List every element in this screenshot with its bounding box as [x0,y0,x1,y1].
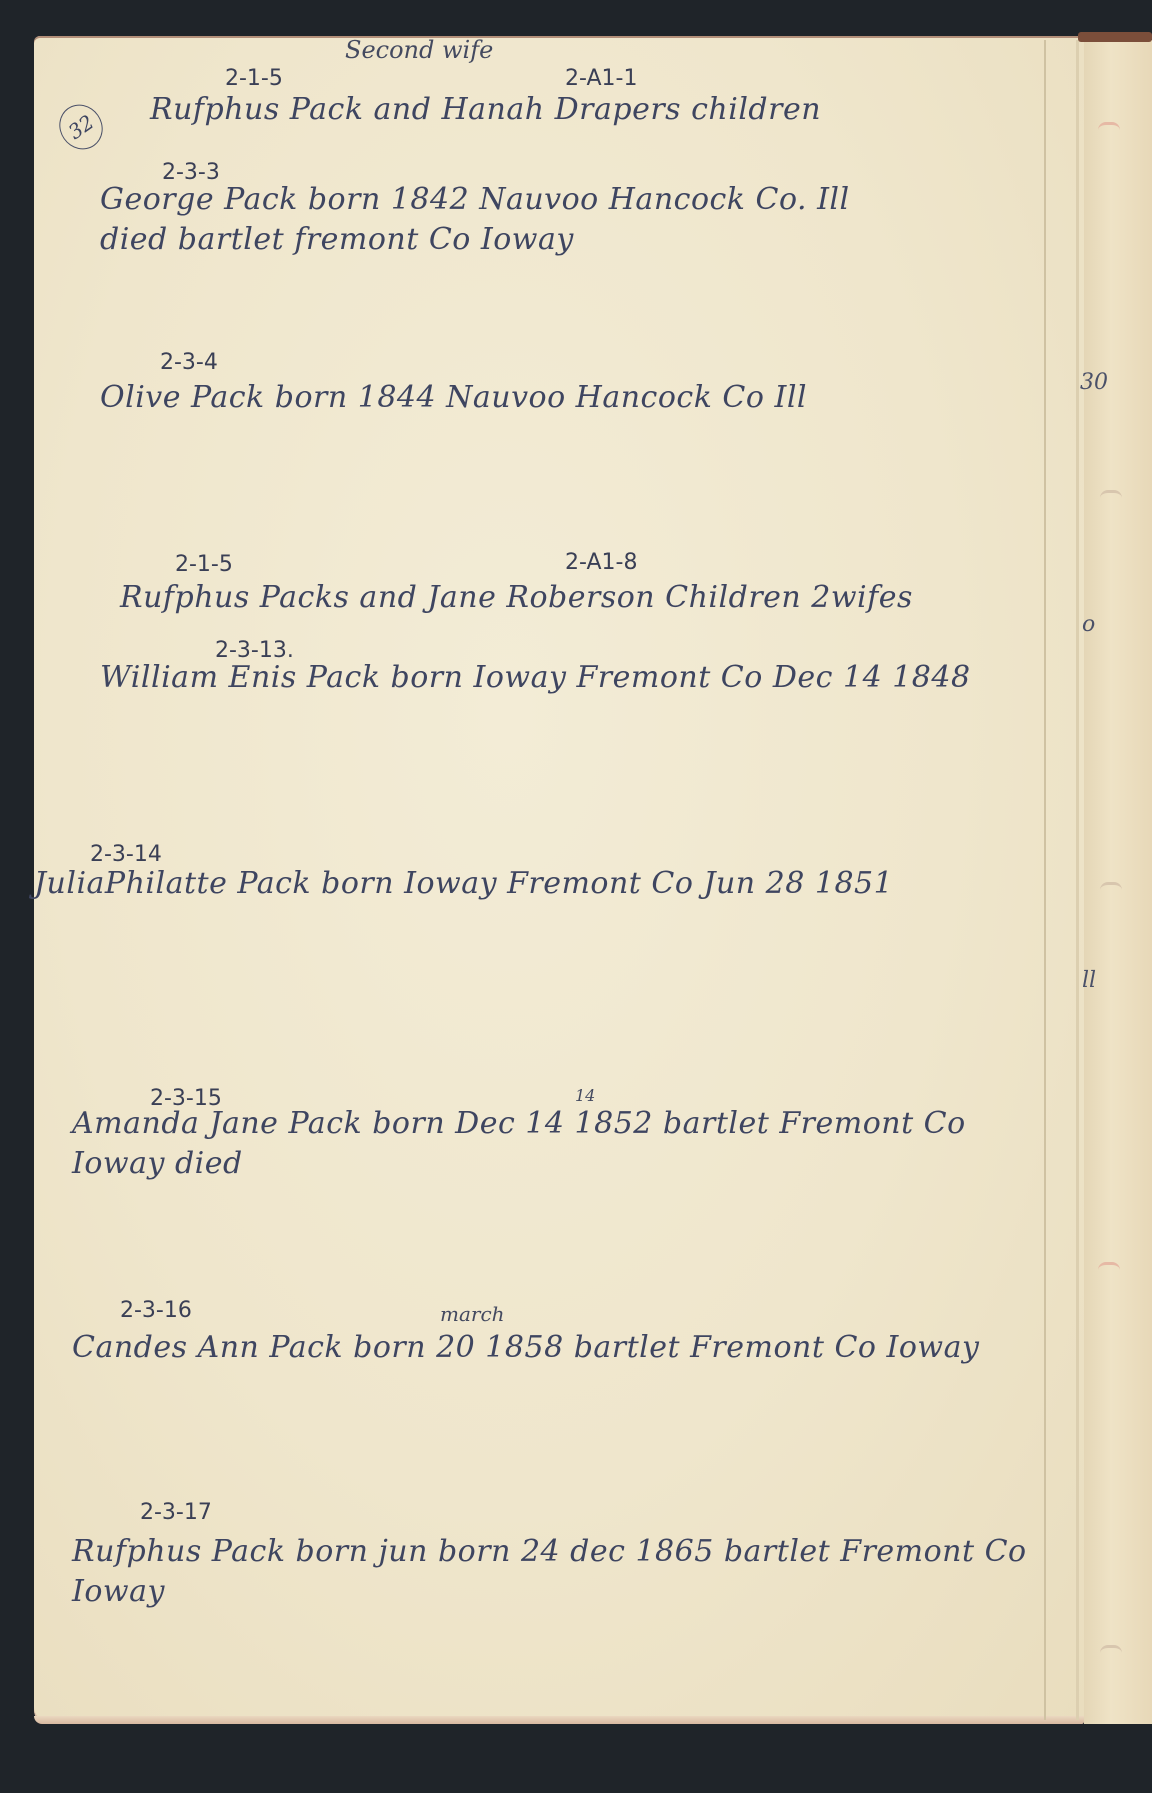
father-code: 2-1-5 [225,66,283,91]
entry-line: William Enis Pack born Ioway Fremont Co … [100,660,971,695]
entry-line: Ioway [72,1574,165,1609]
top-binding-tear [1078,32,1152,42]
entry-code: 2-3-4 [160,350,218,375]
family-heading: Rufphus Packs and Jane Roberson Children… [120,580,913,615]
binding-crease [1044,40,1046,1720]
binding-stitch [1100,490,1122,501]
entry-code: 2-3-14 [90,842,162,867]
inserted-day-note: 14 [575,1086,595,1105]
margin-note: o [1082,612,1095,637]
inserted-month-note: march [440,1302,505,1326]
mother-code: 2-A1-8 [565,550,637,575]
binding-stitch [1098,1262,1120,1273]
page-bottom-edge [34,1716,1084,1724]
header-annotation: Second wife [345,36,493,64]
entry-line: Ioway died [72,1146,243,1181]
father-code: 2-1-5 [175,552,233,577]
binding-crease-2 [1076,40,1079,1720]
entry-line: Rufphus Pack born jun born 24 dec 1865 b… [72,1534,1027,1569]
entry-line: Olive Pack born 1844 Nauvoo Hancock Co I… [100,380,807,415]
margin-note: 30 [1080,370,1108,395]
mother-code: 2-A1-1 [565,66,637,91]
entry-line: Candes Ann Pack born 20 1858 bartlet Fre… [72,1330,979,1365]
entry-line: George Pack born 1842 Nauvoo Hancock Co.… [100,182,850,217]
entry-code: 2-3-17 [140,1500,212,1525]
binding-stitch [1098,122,1120,133]
family-heading: Rufphus Pack and Hanah Drapers children [150,92,821,127]
adjacent-page-edge [1084,40,1152,1724]
entry-code: 2-3-16 [120,1298,192,1323]
entry-line: JuliaPhilatte Pack born Ioway Fremont Co… [34,866,893,901]
entry-line: died bartlet fremont Co Ioway [100,222,574,257]
margin-note: ll [1082,968,1096,993]
binding-stitch [1100,882,1122,893]
binding-stitch [1100,1645,1122,1656]
entry-line: Amanda Jane Pack born Dec 14 1852 bartle… [72,1106,966,1141]
